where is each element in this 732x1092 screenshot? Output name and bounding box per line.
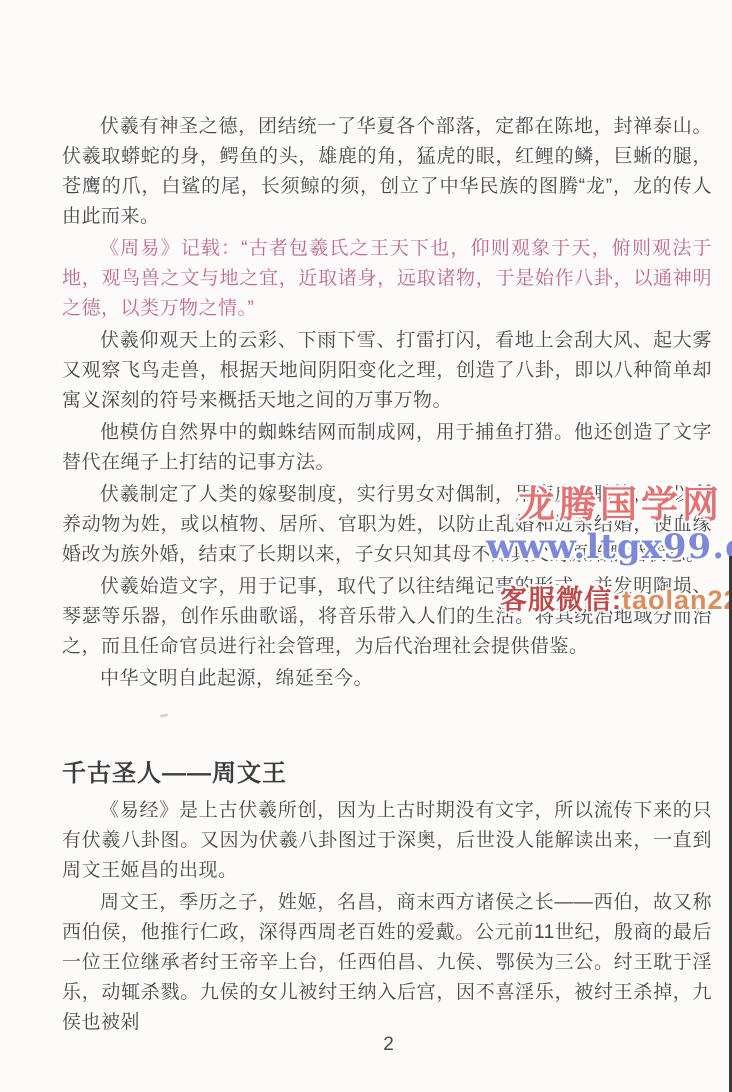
section-heading-king-wen: 千古圣人——周文王 (62, 760, 712, 788)
paragraph-king-wen-bio: 周文王，季历之子，姓姬，名昌，商末西方诸侯之长——西伯，故又称西伯侯，他推行仁政… (62, 888, 712, 1038)
page-content: 伏羲有神圣之德，团结统一了华夏各个部落，定都在陈地，封禅泰山。伏羲取蟒蛇的身，鳄… (62, 112, 712, 1040)
paragraph-fuxi-virtue: 伏羲有神圣之德，团结统一了华夏各个部落，定都在陈地，封禅泰山。伏羲取蟒蛇的身，鳄… (62, 112, 712, 232)
paragraph-yijing-origin: 《易经》是上古伏羲所创，因为上古时期没有文字，所以流传下来的只有伏羲八卦图。又因… (62, 796, 712, 886)
scanned-document-page: 伏羲有神圣之德，团结统一了华夏各个部落，定都在陈地，封禅泰山。伏羲取蟒蛇的身，鳄… (0, 0, 732, 1092)
paragraph-music-governance: 伏羲始造文字，用于记事，取代了以往结绳记事的形式。并发明陶埙、琴瑟等乐器，创作乐… (62, 572, 712, 662)
paragraph-marriage-system: 伏羲制定了人类的嫁娶制度，实行男女对偶制，用鹿皮为聘礼，并以所养动物为姓，或以植… (62, 480, 712, 570)
paragraph-bagua-creation: 伏羲仰观天上的云彩、下雨下雪、打雷打闪，看地上会刮大风、起大雾又观察飞鸟走兽，根… (62, 326, 712, 416)
paragraph-civilization-origin: 中华文明自此起源，绵延至今。 (62, 664, 712, 694)
paragraph-zhouyi-quote: 《周易》记载：“古者包羲氏之王天下也，仰则观象于天，俯则观法于地，观鸟兽之文与地… (62, 234, 712, 324)
page-number: 2 (45, 1034, 732, 1056)
paragraph-net-and-writing: 他模仿自然界中的蜘蛛结网而制成网，用于捕鱼打猎。他还创造了文字替代在绳子上打结的… (62, 418, 712, 478)
